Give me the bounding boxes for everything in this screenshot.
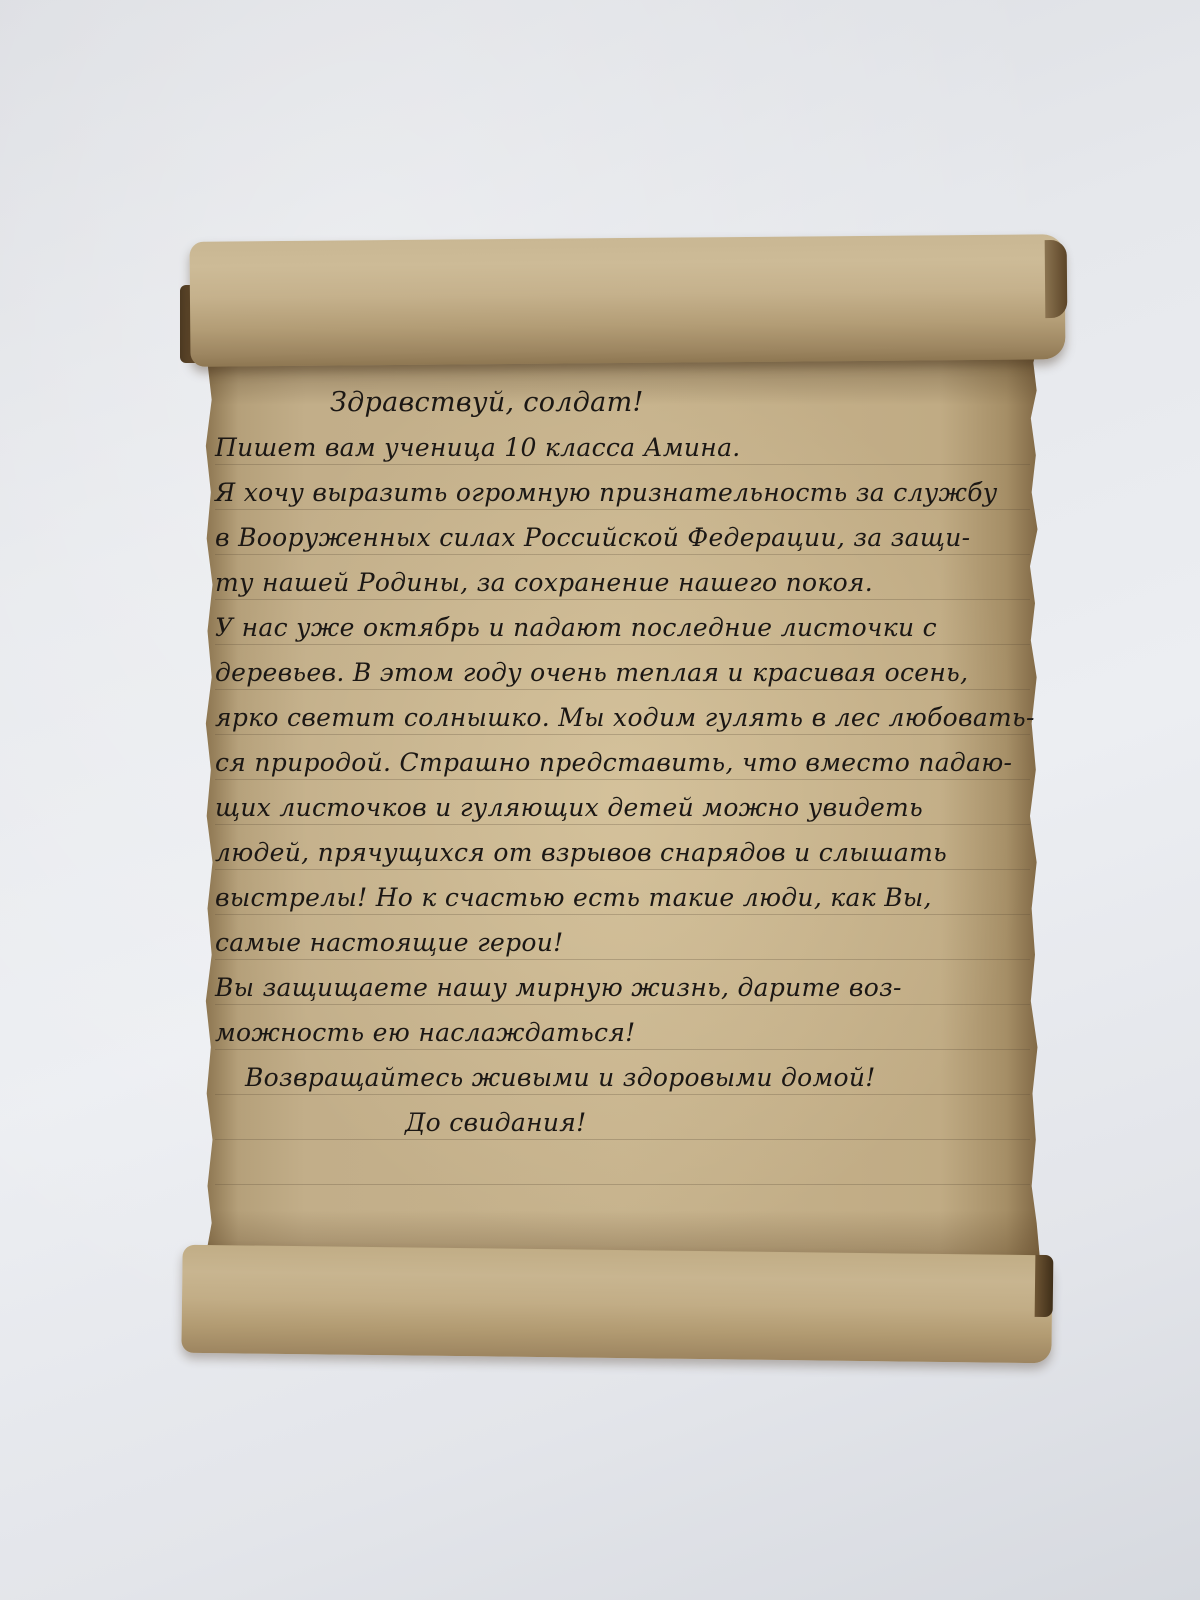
scroll-bottom-roll-right-end: [1035, 1255, 1054, 1317]
letter-line: ту нашей Родины, за сохранение нашего по…: [215, 560, 1030, 605]
scroll-top-roll: [189, 234, 1065, 367]
letter-line: Возвращайтесь живыми и здоровыми домой!: [215, 1055, 1030, 1100]
letter-greeting: Здравствуй, солдат!: [215, 380, 1030, 425]
letter-line: можность ею наслаждаться!: [215, 1010, 1030, 1055]
letter-line: самые настоящие герои!: [215, 920, 1030, 965]
letter-line: У нас уже октябрь и падают последние лис…: [215, 605, 1030, 650]
letter-line: Пишет вам ученица 10 класса Амина.: [215, 425, 1030, 470]
letter-line: в Вооруженных силах Российской Федерации…: [215, 515, 1030, 560]
letter-line: ся природой. Страшно представить, что вм…: [215, 740, 1030, 785]
letter-closing: До свидания!: [215, 1100, 1030, 1145]
scroll-bottom-roll: [181, 1245, 1052, 1364]
handwritten-letter: Здравствуй, солдат! Пишет вам ученица 10…: [215, 380, 1030, 1145]
scroll-top-roll-right-end: [1045, 240, 1068, 318]
letter-line: выстрелы! Но к счастью есть такие люди, …: [215, 875, 1030, 920]
letter-line: Вы защищаете нашу мирную жизнь, дарите в…: [215, 965, 1030, 1010]
letter-line: людей, прячущихся от взрывов снарядов и …: [215, 830, 1030, 875]
letter-line: деревьев. В этом году очень теплая и кра…: [215, 650, 1030, 695]
letter-line: щих листочков и гуляющих детей можно уви…: [215, 785, 1030, 830]
letter-line: Я хочу выразить огромную признательность…: [215, 470, 1030, 515]
letter-line: ярко светит солнышко. Мы ходим гулять в …: [215, 695, 1030, 740]
